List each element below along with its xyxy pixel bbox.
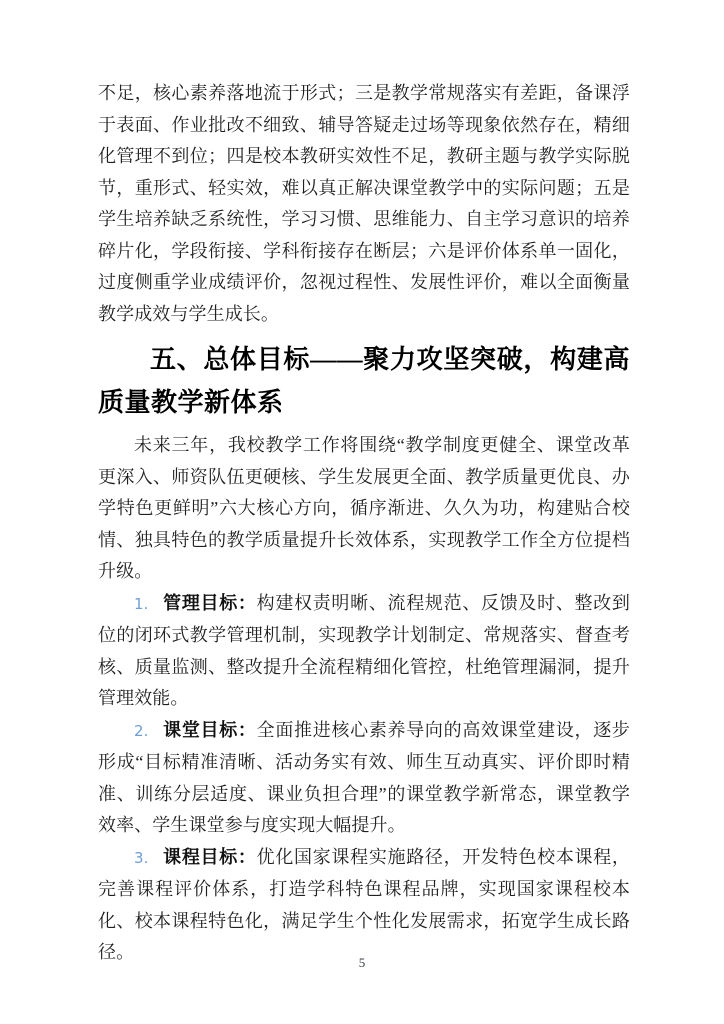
goal-label: 课堂目标： [163,720,257,740]
list-number: 1. [134,595,163,613]
paragraph-problems-continued: 不足，核心素养落地流于形式；三是教学常规落实有差距，备课浮于表面、作业批改不细致… [98,78,630,330]
document-page: 不足，核心素养落地流于形式；三是教学常规落实有差距，备课浮于表面、作业批改不细致… [0,0,724,1024]
document-body: 不足，核心素养落地流于形式；三是教学常规落实有差距，备课浮于表面、作业批改不细致… [98,78,630,969]
goal-label: 课程目标： [163,847,257,867]
list-number: 2. [134,722,163,740]
goal-item-classroom: 2.课堂目标：全面推进核心素养导向的高效课堂建设，逐步形成“目标精准清晰、活动务… [98,715,630,842]
paragraph-overview: 未来三年，我校教学工作将围绕“教学制度更健全、课堂改革更深入、师资队伍更硬核、学… [98,430,630,588]
list-number: 3. [134,849,163,867]
goal-item-management: 1.管理目标：构建权责明晰、流程规范、反馈及时、整改到位的闭环式教学管理机制，实… [98,588,630,715]
goal-label: 管理目标： [163,593,257,613]
page-footer: 5 [0,954,724,972]
goal-item-curriculum: 3.课程目标：优化国家课程实施路径，开发特色校本课程，完善课程评价体系，打造学科… [98,842,630,969]
section-heading: 五、总体目标——聚力攻坚突破，构建高质量教学新体系 [98,338,630,424]
page-number: 5 [359,955,366,970]
